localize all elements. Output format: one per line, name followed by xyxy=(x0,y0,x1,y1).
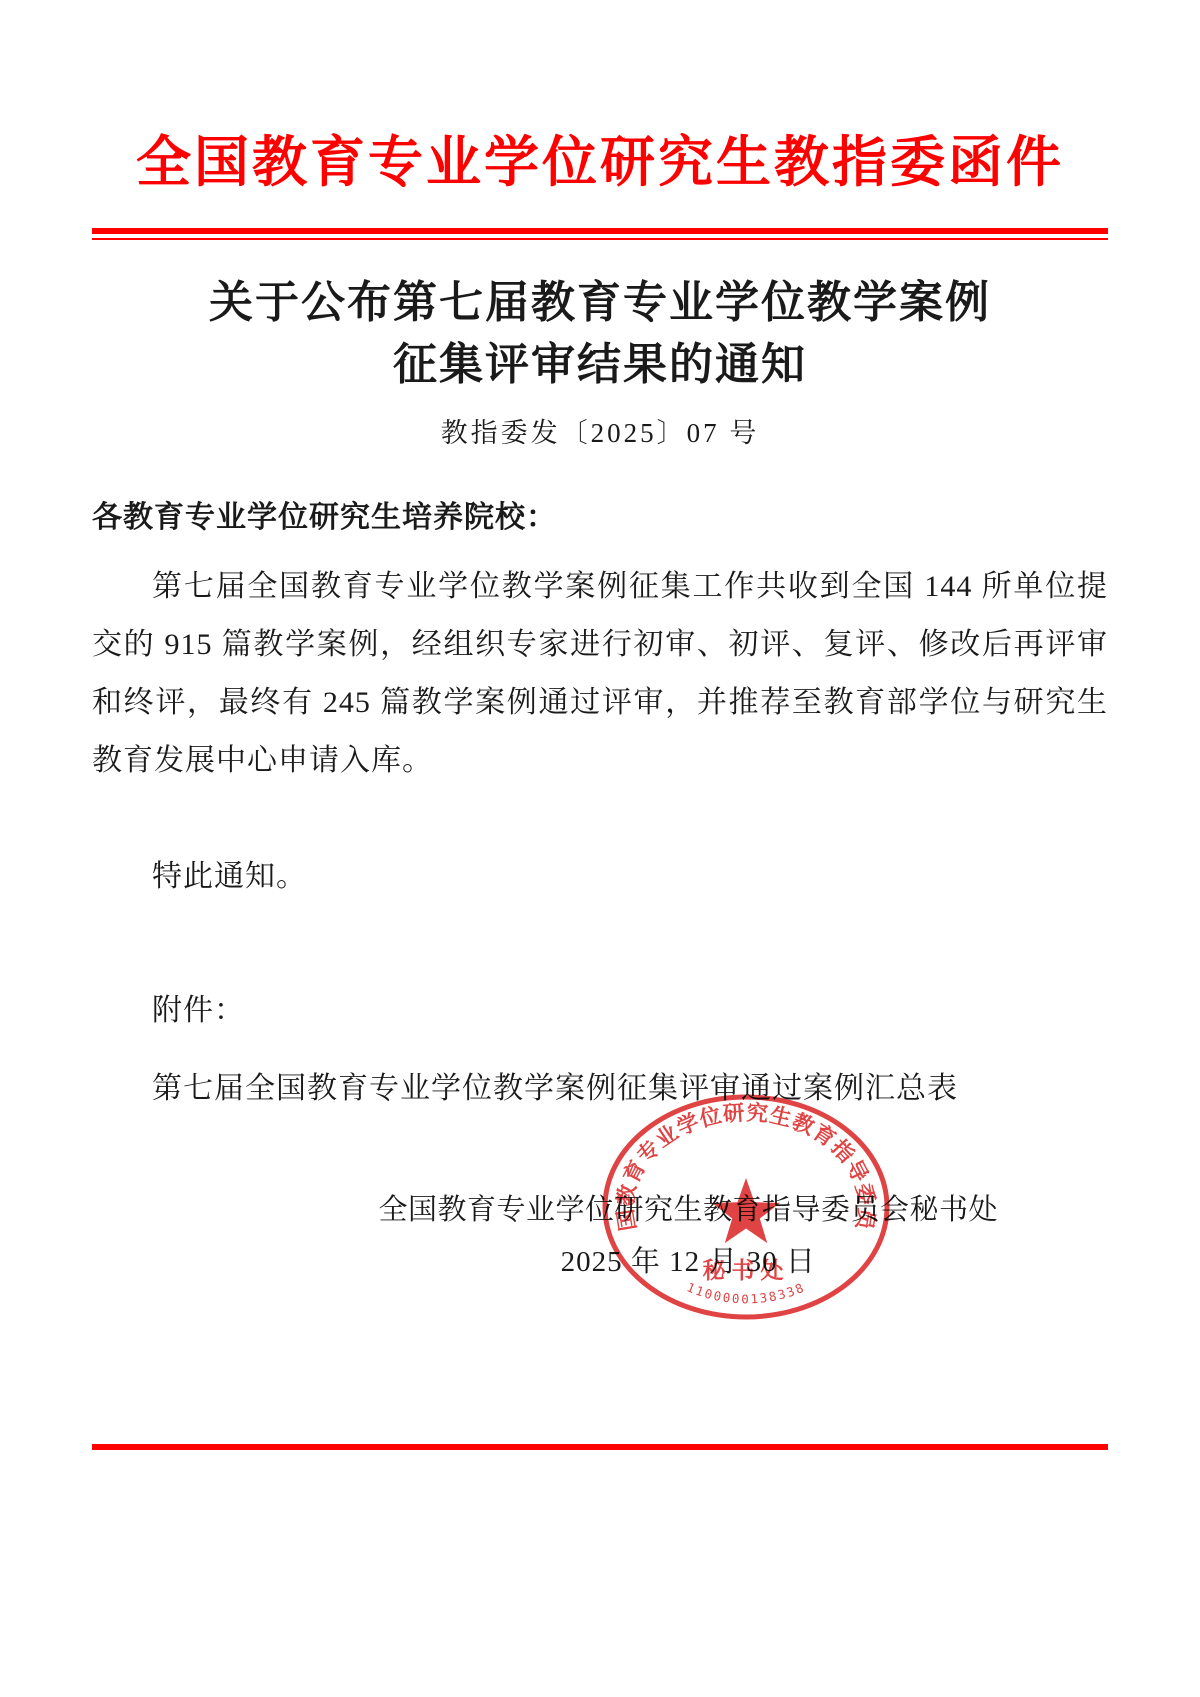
body-paragraph: 第七届全国教育专业学位教学案例征集工作共收到全国 144 所单位提交的 915 … xyxy=(92,558,1108,790)
signature-block: 全国教育专业学位研究生教育指导委员会秘书处 2025 年 12 月 30 日 xyxy=(378,1184,998,1288)
letterhead-title: 全国教育专业学位研究生教指委函件 xyxy=(92,122,1108,202)
footer-rule xyxy=(92,1444,1108,1450)
signature-date: 2025 年 12 月 30 日 xyxy=(378,1236,998,1288)
salutation: 各教育专业学位研究生培养院校： xyxy=(92,498,1108,538)
document-page: 全国教育专业学位研究生教指委函件 关于公布第七届教育专业学位教学案例 征集评审结… xyxy=(0,0,1200,1697)
document-content: 全国教育专业学位研究生教指委函件 关于公布第七届教育专业学位教学案例 征集评审结… xyxy=(0,122,1200,1288)
attachment-label: 附件： xyxy=(92,982,1108,1040)
notice-title-line1: 关于公布第七届教育专业学位教学案例 xyxy=(92,272,1108,334)
closing-line: 特此通知。 xyxy=(92,848,1108,906)
header-rule-thin xyxy=(92,238,1108,240)
document-number: 教指委发〔2025〕07 号 xyxy=(92,414,1108,452)
notice-title: 关于公布第七届教育专业学位教学案例 征集评审结果的通知 xyxy=(92,272,1108,396)
notice-title-line2: 征集评审结果的通知 xyxy=(92,334,1108,396)
attachment-item: 第七届全国教育专业学位教学案例征集评审通过案例汇总表 xyxy=(92,1060,1108,1118)
header-rule-thick xyxy=(92,228,1108,234)
signer-name: 全国教育专业学位研究生教育指导委员会秘书处 xyxy=(378,1184,998,1236)
